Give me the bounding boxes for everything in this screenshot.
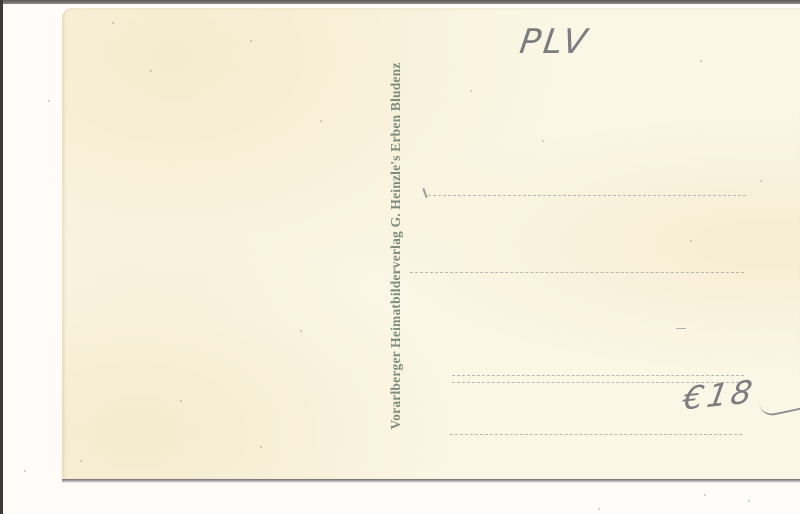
- paper-speck: [700, 60, 702, 62]
- address-line-3: [452, 375, 744, 376]
- address-line-4: [450, 434, 742, 435]
- paper-speck: [24, 470, 26, 472]
- address-line-1: [428, 195, 746, 196]
- publisher-imprint: Vorarlberger Heimatbilderverlag G. Heinz…: [388, 62, 404, 429]
- pencil-dash: [676, 328, 686, 329]
- pencil-note-price: €18: [680, 372, 758, 417]
- paper-speck: [180, 400, 182, 402]
- paper-speck: [300, 330, 302, 332]
- paper-speck: [690, 240, 692, 242]
- paper-speck: [320, 120, 322, 122]
- paper-speck: [748, 500, 750, 502]
- scanner-top-edge: [0, 0, 800, 4]
- paper-speck: [48, 100, 50, 102]
- postcard-bottom-shadow: [62, 479, 800, 483]
- paper-speck: [704, 494, 706, 496]
- paper-speck: [250, 40, 252, 42]
- paper-speck: [760, 180, 762, 182]
- paper-speck: [260, 446, 262, 448]
- paper-speck: [470, 90, 472, 92]
- address-line-2: [410, 272, 744, 273]
- paper-speck: [542, 140, 544, 142]
- paper-speck: [598, 508, 600, 510]
- paper-speck: [112, 22, 114, 24]
- paper-speck: [80, 460, 82, 462]
- scanner-left-edge: [0, 0, 3, 514]
- paper-speck: [150, 70, 152, 72]
- pencil-note-plv: PLV: [517, 22, 592, 62]
